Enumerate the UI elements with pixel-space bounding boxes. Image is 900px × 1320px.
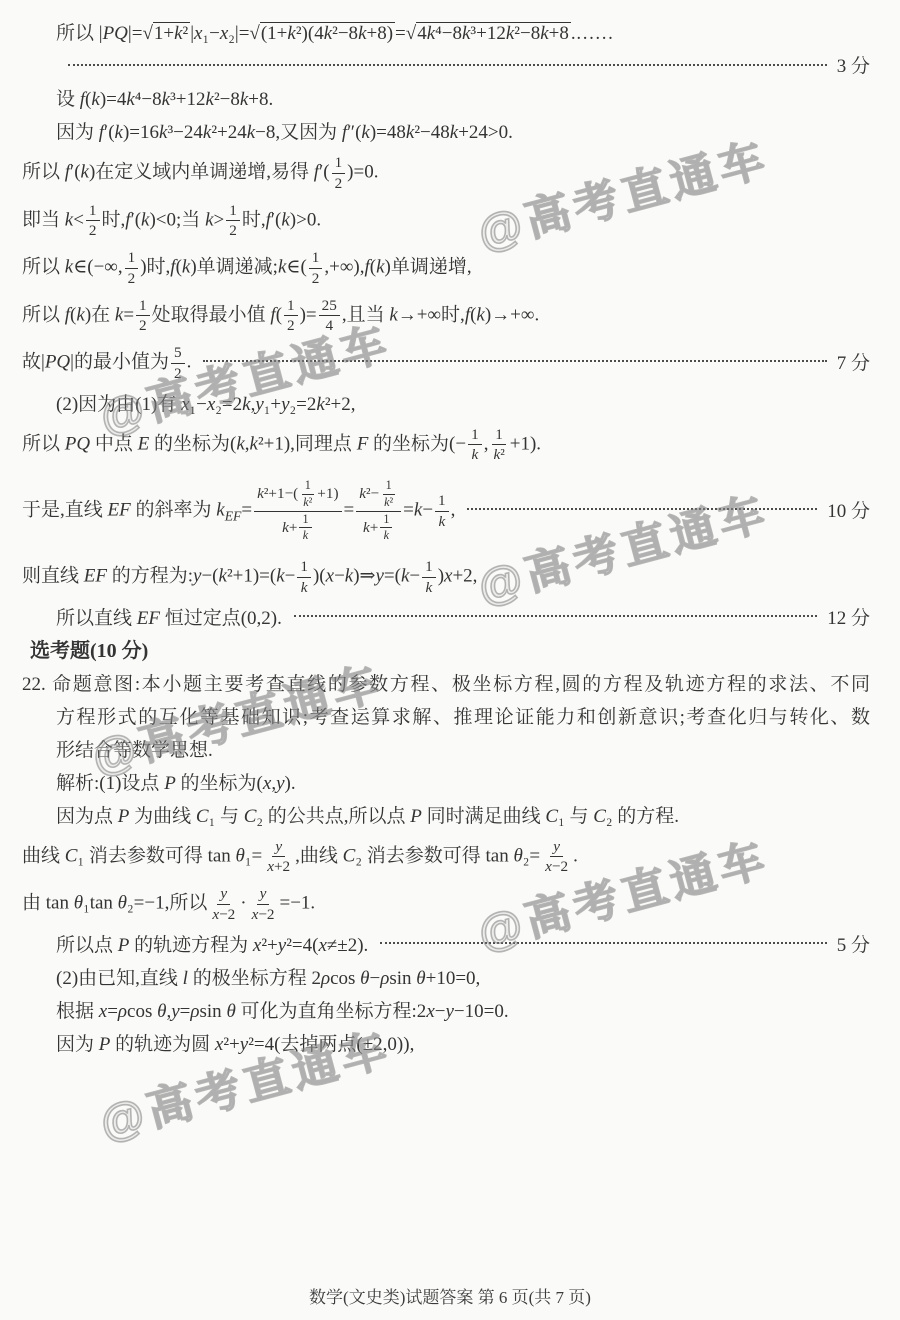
- line-text: 于是,直线 EF 的斜率为 kEF=k²+1−(1k²+1)k+1k=k²−1k…: [22, 478, 455, 544]
- text-line: 因为 f′(k)=16k³−24k²+24k−8,又因为 f″(k)=48k²−…: [56, 119, 870, 146]
- line-text: 即当 k<12时,f′(k)<0;当 k>12时,f′(k)>0.: [22, 201, 321, 242]
- text-line: 所以 f(k)在 k=12处取得最小值 f(12)=254,且当 k→+∞时,f…: [22, 296, 870, 337]
- answer-content: 所以 |PQ|=√1+k²|x₁−x₂|=√(1+k²)(4k²−8k+8)=√…: [22, 20, 870, 1058]
- line-text: 所以 |PQ|=√1+k²|x₁−x₂|=√(1+k²)(4k²−8k+8)=√…: [56, 20, 614, 47]
- text-line: 于是,直线 EF 的斜率为 kEF=k²+1−(1k²+1)k+1k=k²−1k…: [22, 478, 870, 544]
- line-text: 所以直线 EF 恒过定点(0,2).: [56, 605, 282, 632]
- text-line: (2)因为由(1)有 x₁−x₂=2k,y₁+y₂=2k²+2,: [56, 391, 870, 418]
- text-line: 形结合等数学思想.: [56, 737, 870, 764]
- text-line: 设 f(k)=4k⁴−8k³+12k²−8k+8.: [56, 86, 870, 113]
- line-text: 所以点 P 的轨迹方程为 x²+y²=4(x≠±2).: [56, 932, 368, 959]
- line-text: 22. 命题意图:本小题主要考查直线的参数方程、极坐标方程,圆的方程及轨迹方程的…: [22, 674, 870, 695]
- text-line: 则直线 EF 的方程为:y−(k²+1)=(k−1k)(x−k)⇒y=(k−1k…: [22, 557, 870, 598]
- line-text: 根据 x=ρcos θ,y=ρsin θ 可化为直角坐标方程:2x−y−10=0…: [56, 998, 509, 1025]
- text-line: 曲线 C₁ 消去参数可得 tan θ₁=yx+2,曲线 C₂ 消去参数可得 ta…: [22, 837, 870, 878]
- text-line: 即当 k<12时,f′(k)<0;当 k>12时,f′(k)>0.: [22, 201, 870, 242]
- text-line: 方程形式的互化等基础知识;考查运算求解、推理论证能力和创新意识;考查化归与转化、…: [56, 704, 870, 731]
- text-line: 根据 x=ρcos θ,y=ρsin θ 可化为直角坐标方程:2x−y−10=0…: [56, 998, 870, 1025]
- line-text: 所以 k∈(−∞,12)时,f(k)单调递减;k∈(12,+∞),f(k)单调递…: [22, 248, 472, 289]
- line-text: 则直线 EF 的方程为:y−(k²+1)=(k−1k)(x−k)⇒y=(k−1k…: [22, 557, 477, 598]
- text-line: 所以点 P 的轨迹方程为 x²+y²=4(x≠±2).5 分: [56, 932, 870, 959]
- line-text: 方程形式的互化等基础知识;考查运算求解、推理论证能力和创新意识;考查化归与转化、…: [56, 707, 870, 728]
- text-line: 3 分: [56, 53, 870, 80]
- text-line: 故|PQ|的最小值为52.7 分: [22, 343, 870, 384]
- document-page: @高考直通车 @高考直通车 @高考直通车 @高考直通车 @高考直通车 @高考直通…: [0, 0, 900, 1320]
- text-line: 由 tan θ₁tan θ₂=−1,所以yx−2·yx−2=−1.: [22, 884, 870, 925]
- text-line: 22. 命题意图:本小题主要考查直线的参数方程、极坐标方程,圆的方程及轨迹方程的…: [22, 671, 870, 698]
- line-text: 选考题(10 分): [30, 638, 148, 665]
- text-line: (2)由已知,直线 l 的极坐标方程 2ρcos θ−ρsin θ+10=0,: [56, 965, 870, 992]
- dotted-leader: [68, 62, 827, 66]
- line-text: 因为 f′(k)=16k³−24k²+24k−8,又因为 f″(k)=48k²−…: [56, 119, 513, 146]
- page-footer: 数学(文史类)试题答案 第 6 页(共 7 页): [0, 1283, 900, 1308]
- text-line: 所以 k∈(−∞,12)时,f(k)单调递减;k∈(12,+∞),f(k)单调递…: [22, 248, 870, 289]
- line-text: 故|PQ|的最小值为52.: [22, 343, 191, 384]
- line-text: 解析:(1)设点 P 的坐标为(x,y).: [56, 770, 296, 797]
- text-line: 所以 f′(k)在定义域内单调递增,易得 f′(12)=0.: [22, 153, 870, 194]
- line-text: 形结合等数学思想.: [56, 737, 213, 764]
- text-line: 所以直线 EF 恒过定点(0,2).12 分: [56, 605, 870, 632]
- line-text: 由 tan θ₁tan θ₂=−1,所以yx−2·yx−2=−1.: [22, 884, 315, 925]
- score-label: 12 分: [827, 605, 870, 632]
- dotted-leader: [294, 613, 817, 617]
- line-text: (2)因为由(1)有 x₁−x₂=2k,y₁+y₂=2k²+2,: [56, 391, 355, 418]
- line-text: 曲线 C₁ 消去参数可得 tan θ₁=yx+2,曲线 C₂ 消去参数可得 ta…: [22, 837, 578, 878]
- dotted-leader: [203, 358, 826, 362]
- line-text: (2)由已知,直线 l 的极坐标方程 2ρcos θ−ρsin θ+10=0,: [56, 965, 480, 992]
- dotted-leader: [380, 940, 826, 944]
- text-line: 所以 |PQ|=√1+k²|x₁−x₂|=√(1+k²)(4k²−8k+8)=√…: [56, 20, 870, 47]
- score-label: 3 分: [837, 53, 870, 80]
- line-text: 所以 f(k)在 k=12处取得最小值 f(12)=254,且当 k→+∞时,f…: [22, 296, 539, 337]
- text-line: 所以 PQ 中点 E 的坐标为(k,k²+1),同理点 F 的坐标为(−1k,1…: [22, 425, 870, 466]
- line-text: 因为点 P 为曲线 C₁ 与 C₂ 的公共点,所以点 P 同时满足曲线 C₁ 与…: [56, 803, 679, 830]
- score-label: 7 分: [837, 350, 870, 377]
- line-text: 因为 P 的轨迹为圆 x²+y²=4(去掉两点(±2,0)),: [56, 1031, 414, 1058]
- line-text: 所以 f′(k)在定义域内单调递增,易得 f′(12)=0.: [22, 153, 378, 194]
- text-line: 因为 P 的轨迹为圆 x²+y²=4(去掉两点(±2,0)),: [56, 1031, 870, 1058]
- text-line: 因为点 P 为曲线 C₁ 与 C₂ 的公共点,所以点 P 同时满足曲线 C₁ 与…: [56, 803, 870, 830]
- line-text: 设 f(k)=4k⁴−8k³+12k²−8k+8.: [56, 86, 273, 113]
- dotted-leader: [467, 506, 817, 510]
- score-label: 10 分: [827, 498, 870, 525]
- text-line: 解析:(1)设点 P 的坐标为(x,y).: [56, 770, 870, 797]
- line-text: 所以 PQ 中点 E 的坐标为(k,k²+1),同理点 F 的坐标为(−1k,1…: [22, 425, 541, 466]
- score-label: 5 分: [837, 932, 870, 959]
- text-line: 选考题(10 分): [30, 638, 870, 665]
